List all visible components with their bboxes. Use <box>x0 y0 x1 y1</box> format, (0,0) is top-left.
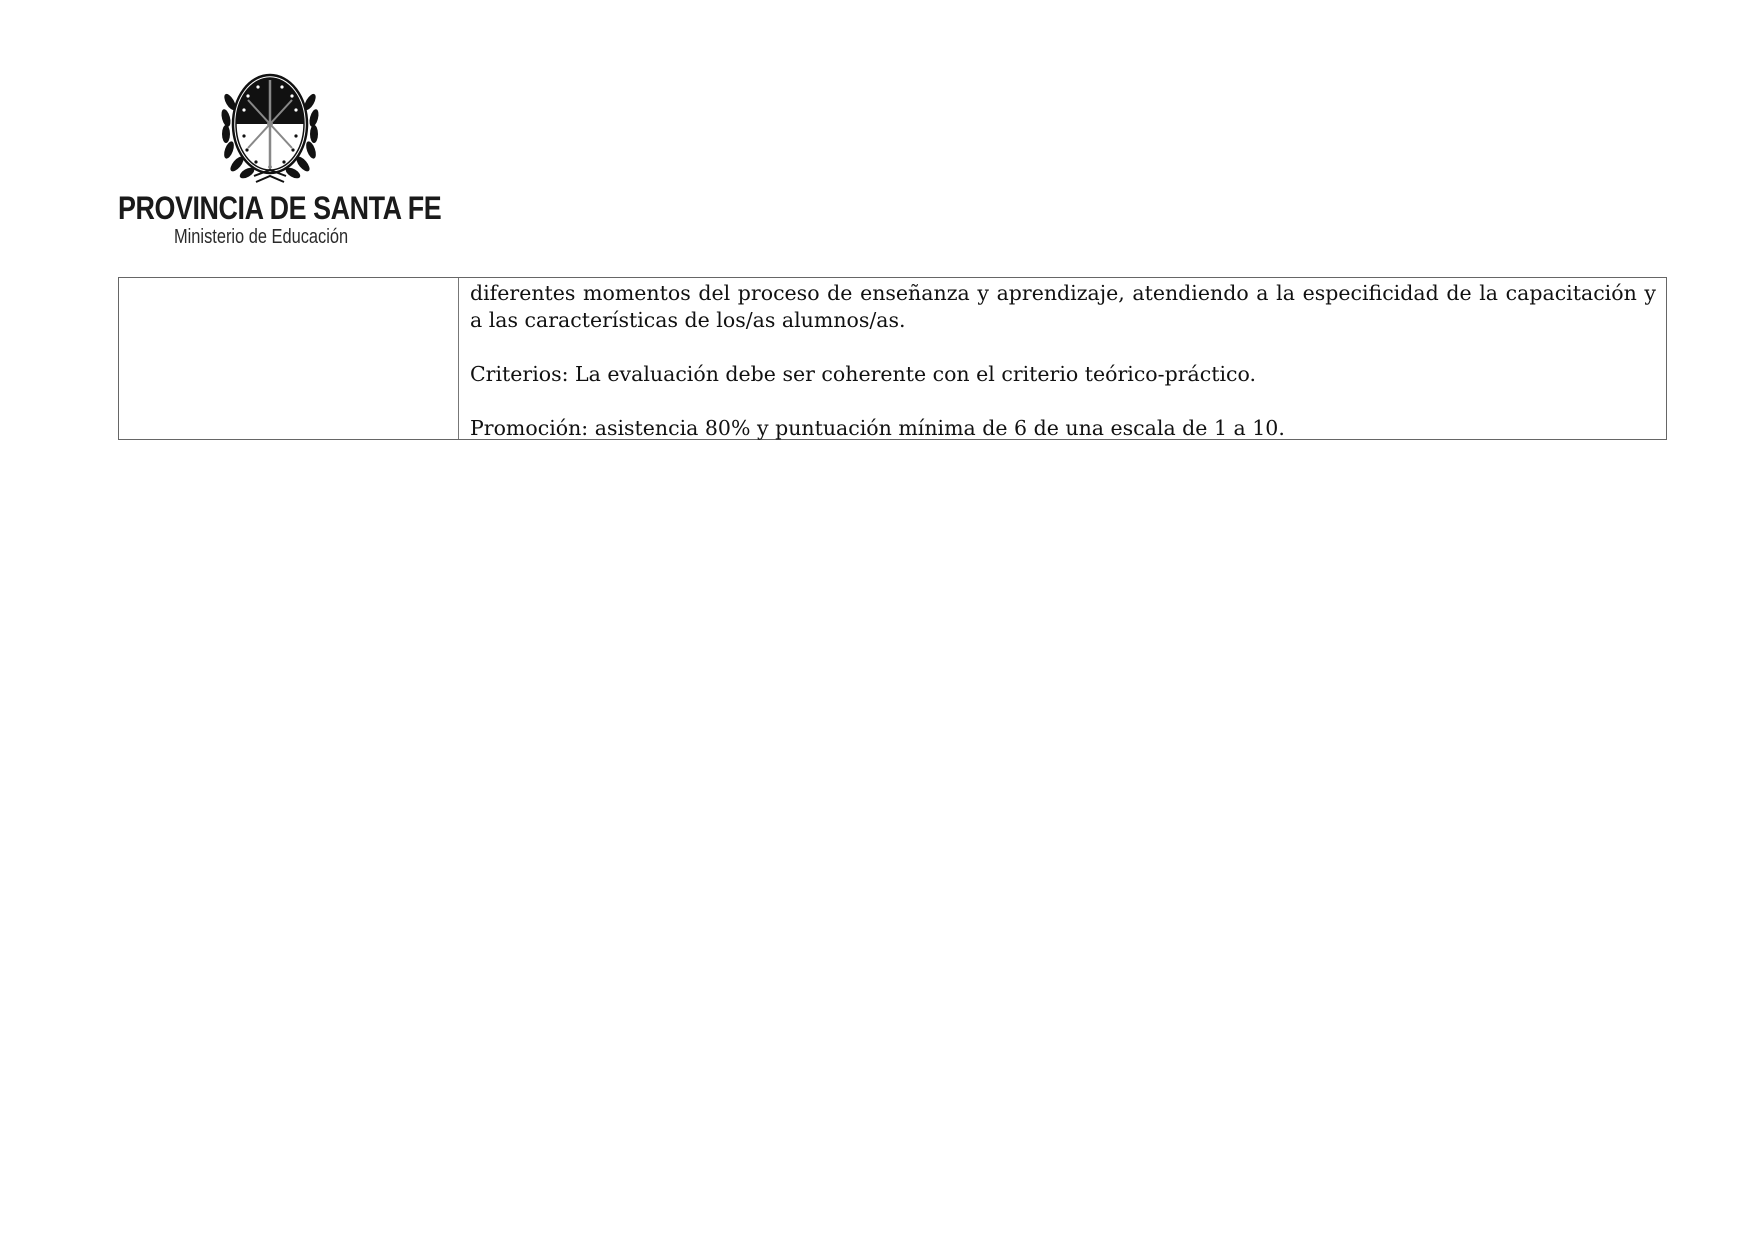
criteria-paragraph: Criterios: La evaluación debe ser cohere… <box>470 361 1656 388</box>
province-title: PROVINCIA DE SANTA FE <box>118 190 387 227</box>
evaluation-paragraph: diferentes momentos del proceso de enseñ… <box>470 280 1656 334</box>
ministry-subtitle: Ministerio de Educación <box>174 226 348 249</box>
ministry-logo: PROVINCIA DE SANTA FE Ministerio de Educ… <box>118 72 438 252</box>
table-cell-left <box>119 278 459 439</box>
santa-fe-coat-of-arms-icon <box>218 72 322 188</box>
promotion-paragraph: Promoción: asistencia 80% y puntuación m… <box>470 415 1656 442</box>
content-table: diferentes momentos del proceso de enseñ… <box>118 277 1667 440</box>
table-cell-right: diferentes momentos del proceso de enseñ… <box>459 278 1666 439</box>
